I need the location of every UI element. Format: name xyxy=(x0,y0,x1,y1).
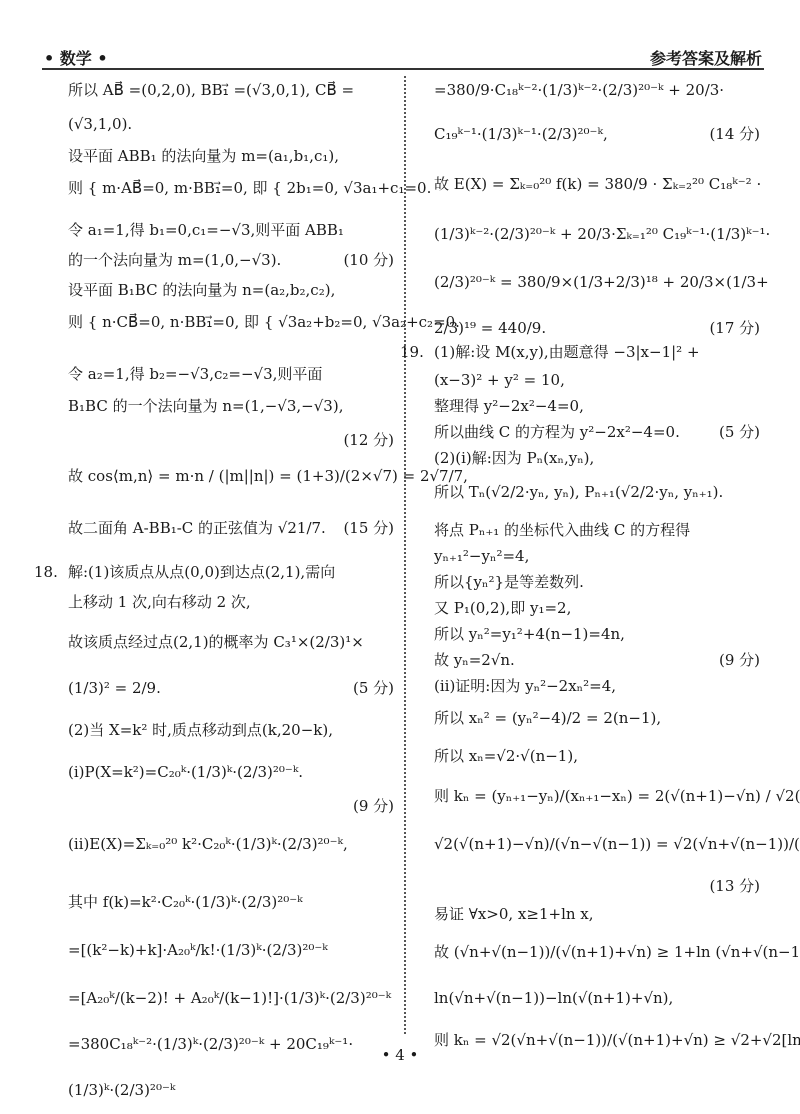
text-line: (ⅰ)P(X=k²)=C₂₀ᵏ·(1/3)ᵏ·(2/3)²⁰⁻ᵏ. xyxy=(68,762,394,782)
text-line: 故二面角 A-BB₁-C 的正弦值为 √21/7.(15 分) xyxy=(68,518,394,538)
text-line: (1/3)ᵏ·(2/3)²⁰⁻ᵏ xyxy=(68,1080,394,1100)
score-label: (5 分) xyxy=(353,678,394,698)
text-line: 19.(1)解:设 M(x,y),由题意得 −3|x−1|² + xyxy=(400,342,726,362)
text-line: 所以 xₙ=√2·√(n−1), xyxy=(434,746,760,766)
text-line: 所以 xₙ² = (yₙ²−4)/2 = 2(n−1), xyxy=(434,708,760,728)
line-text: 令 a₁=1,得 b₁=0,c₁=−√3,则平面 ABB₁ xyxy=(68,220,344,240)
score-label: (5 分) xyxy=(719,422,760,442)
line-text: 所以{yₙ²}是等差数列. xyxy=(434,572,584,592)
line-text: C₁₉ᵏ⁻¹·(1/3)ᵏ⁻¹·(2/3)²⁰⁻ᵏ, xyxy=(434,124,608,144)
line-text: ln(√n+√(n−1))−ln(√(n+1)+√n), xyxy=(434,988,673,1008)
line-text: =[A₂₀ᵏ/(k−2)! + A₂₀ᵏ/(k−1)!]·(1/3)ᵏ·(2/3… xyxy=(68,988,391,1008)
text-line: 2/3)¹⁹ = 440/9.(17 分) xyxy=(434,318,760,338)
text-line: B₁BC 的一个法向量为 n=(1,−√3,−√3), xyxy=(68,396,394,416)
text-line: ln(√n+√(n−1))−ln(√(n+1)+√n), xyxy=(434,988,760,1008)
text-line: 设平面 B₁BC 的法向量为 n=(a₂,b₂,c₂), xyxy=(68,280,394,300)
text-line: (12 分) xyxy=(68,430,394,450)
page-number: • 4 • xyxy=(0,1046,800,1064)
line-text: 设平面 B₁BC 的法向量为 n=(a₂,b₂,c₂), xyxy=(68,280,335,300)
text-line: 故 cos⟨m,n⟩ = m·n / (|m||n|) = (1+3)/(2×√… xyxy=(68,466,394,486)
line-text: √2(√(n+1)−√n)/(√n−√(n−1)) = √2(√n+√(n−1)… xyxy=(434,834,800,854)
score-label: (17 分) xyxy=(709,318,760,338)
text-line: 又 P₁(0,2),即 y₁=2, xyxy=(434,598,760,618)
text-line: (9 分) xyxy=(68,796,394,816)
score-label: (9 分) xyxy=(719,650,760,670)
line-text: (2)(ⅰ)解:因为 Pₙ(xₙ,yₙ), xyxy=(434,448,594,468)
line-text: 将点 Pₙ₊₁ 的坐标代入曲线 C 的方程得 xyxy=(434,520,690,540)
text-line: 故 yₙ=2√n.(9 分) xyxy=(434,650,760,670)
line-text: (ⅱ)证明:因为 yₙ²−2xₙ²=4, xyxy=(434,676,616,696)
text-line: (2/3)²⁰⁻ᵏ = 380/9×(1/3+2/3)¹⁸ + 20/3×(1/… xyxy=(434,272,760,292)
line-text: 的一个法向量为 m=(1,0,−√3). xyxy=(68,250,281,270)
score-label: (12 分) xyxy=(343,430,394,450)
line-text: 故 cos⟨m,n⟩ = m·n / (|m||n|) = (1+3)/(2×√… xyxy=(68,466,468,486)
header-title: 参考答案及解析 xyxy=(650,46,762,69)
line-text: 解:(1)该质点从点(0,0)到达点(2,1),需向 xyxy=(68,562,335,582)
line-text: 所以 xₙ² = (yₙ²−4)/2 = 2(n−1), xyxy=(434,708,661,728)
line-text: (ⅱ)E(X)=Σₖ₌₀²⁰ k²·C₂₀ᵏ·(1/3)ᵏ·(2/3)²⁰⁻ᵏ, xyxy=(68,834,348,854)
line-text: 所以 Tₙ(√2/2·yₙ, yₙ), Pₙ₊₁(√2/2·yₙ, yₙ₊₁). xyxy=(434,482,723,502)
line-text: 其中 f(k)=k²·C₂₀ᵏ·(1/3)ᵏ·(2/3)²⁰⁻ᵏ xyxy=(68,892,303,912)
text-line: 令 a₁=1,得 b₁=0,c₁=−√3,则平面 ABB₁ xyxy=(68,220,394,240)
text-line: (2)(ⅰ)解:因为 Pₙ(xₙ,yₙ), xyxy=(434,448,760,468)
page-header: • 数学 • 参考答案及解析 xyxy=(42,44,764,70)
line-text: (2/3)²⁰⁻ᵏ = 380/9×(1/3+2/3)¹⁸ + 20/3×(1/… xyxy=(434,272,769,292)
question-number: 18. xyxy=(34,562,68,582)
score-label: (9 分) xyxy=(353,796,394,816)
text-line: 整理得 y²−2x²−4=0, xyxy=(434,396,760,416)
text-line: 所以 AB⃗ =(0,2,0), BB₁⃗ =(√3,0,1), CB⃗ = xyxy=(68,80,394,100)
line-text: 整理得 y²−2x²−4=0, xyxy=(434,396,584,416)
line-text: 易证 ∀x>0, x≥1+ln x, xyxy=(434,904,594,924)
line-text: =[(k²−k)+k]·A₂₀ᵏ/k!·(1/3)ᵏ·(2/3)²⁰⁻ᵏ xyxy=(68,940,328,960)
text-line: 故 E(X) = Σₖ₌₀²⁰ f(k) = 380/9 · Σₖ₌₂²⁰ C₁… xyxy=(434,174,760,194)
text-line: √2(√(n+1)−√n)/(√n−√(n−1)) = √2(√n+√(n−1)… xyxy=(434,834,760,854)
text-line: (ⅱ)E(X)=Σₖ₌₀²⁰ k²·C₂₀ᵏ·(1/3)ᵏ·(2/3)²⁰⁻ᵏ, xyxy=(68,834,394,854)
line-text: 所以 AB⃗ =(0,2,0), BB₁⃗ =(√3,0,1), CB⃗ = xyxy=(68,80,354,100)
column-divider xyxy=(404,76,406,1034)
line-text: 上移动 1 次,向右移动 2 次, xyxy=(68,592,251,612)
line-text: (1)解:设 M(x,y),由题意得 −3|x−1|² + xyxy=(434,342,700,362)
line-text: yₙ₊₁²−yₙ²=4, xyxy=(434,546,529,566)
line-text: =380/9·C₁₈ᵏ⁻²·(1/3)ᵏ⁻²·(2/3)²⁰⁻ᵏ + 20/3· xyxy=(434,80,724,100)
question-number: 19. xyxy=(400,342,434,362)
text-line: =380/9·C₁₈ᵏ⁻²·(1/3)ᵏ⁻²·(2/3)²⁰⁻ᵏ + 20/3· xyxy=(434,80,760,100)
text-line: 则 { n·CB⃗=0, n·BB₁⃗=0, 即 { √3a₂+b₂=0, √3… xyxy=(68,312,394,332)
text-line: 令 a₂=1,得 b₂=−√3,c₂=−√3,则平面 xyxy=(68,364,394,384)
text-line: 将点 Pₙ₊₁ 的坐标代入曲线 C 的方程得 xyxy=(434,520,760,540)
text-line: (√3,1,0). xyxy=(68,114,394,134)
line-text: 故该质点经过点(2,1)的概率为 C₃¹×(2/3)¹× xyxy=(68,632,364,652)
text-line: (2)当 X=k² 时,质点移动到点(k,20−k), xyxy=(68,720,394,740)
line-text: (1/3)ᵏ⁻²·(2/3)²⁰⁻ᵏ + 20/3·Σₖ₌₁²⁰ C₁₉ᵏ⁻¹·… xyxy=(434,224,770,244)
text-line: 设平面 ABB₁ 的法向量为 m=(a₁,b₁,c₁), xyxy=(68,146,394,166)
line-text: (1/3)² = 2/9. xyxy=(68,678,161,698)
score-label: (14 分) xyxy=(709,124,760,144)
text-line: (1/3)ᵏ⁻²·(2/3)²⁰⁻ᵏ + 20/3·Σₖ₌₁²⁰ C₁₉ᵏ⁻¹·… xyxy=(434,224,760,244)
line-text: 设平面 ABB₁ 的法向量为 m=(a₁,b₁,c₁), xyxy=(68,146,339,166)
text-line: 所以 yₙ²=y₁²+4(n−1)=4n, xyxy=(434,624,760,644)
text-line: =[A₂₀ᵏ/(k−2)! + A₂₀ᵏ/(k−1)!]·(1/3)ᵏ·(2/3… xyxy=(68,988,394,1008)
text-line: (13 分) xyxy=(434,876,760,896)
text-line: 则 { m·AB⃗=0, m·BB₁⃗=0, 即 { 2b₁=0, √3a₁+c… xyxy=(68,178,394,198)
text-line: 所以 Tₙ(√2/2·yₙ, yₙ), Pₙ₊₁(√2/2·yₙ, yₙ₊₁). xyxy=(434,482,760,502)
score-label: (13 分) xyxy=(709,876,760,896)
text-line: C₁₉ᵏ⁻¹·(1/3)ᵏ⁻¹·(2/3)²⁰⁻ᵏ,(14 分) xyxy=(434,124,760,144)
line-text: 又 P₁(0,2),即 y₁=2, xyxy=(434,598,571,618)
line-text: 所以曲线 C 的方程为 y²−2x²−4=0. xyxy=(434,422,680,442)
line-text: (√3,1,0). xyxy=(68,114,132,134)
line-text: (2)当 X=k² 时,质点移动到点(k,20−k), xyxy=(68,720,333,740)
text-line: 其中 f(k)=k²·C₂₀ᵏ·(1/3)ᵏ·(2/3)²⁰⁻ᵏ xyxy=(68,892,394,912)
score-label: (10 分) xyxy=(343,250,394,270)
line-text: 故 E(X) = Σₖ₌₀²⁰ f(k) = 380/9 · Σₖ₌₂²⁰ C₁… xyxy=(434,174,761,194)
text-line: 故 (√n+√(n−1))/(√(n+1)+√n) ≥ 1+ln (√n+√(n… xyxy=(434,942,760,962)
text-line: (1/3)² = 2/9.(5 分) xyxy=(68,678,394,698)
text-line: 所以曲线 C 的方程为 y²−2x²−4=0.(5 分) xyxy=(434,422,760,442)
score-label: (15 分) xyxy=(343,518,394,538)
text-line: =[(k²−k)+k]·A₂₀ᵏ/k!·(1/3)ᵏ·(2/3)²⁰⁻ᵏ xyxy=(68,940,394,960)
text-line: yₙ₊₁²−yₙ²=4, xyxy=(434,546,760,566)
line-text: 2/3)¹⁹ = 440/9. xyxy=(434,318,546,338)
line-text: 则 { n·CB⃗=0, n·BB₁⃗=0, 即 { √3a₂+b₂=0, √3… xyxy=(68,312,460,332)
subject-label: • 数学 • xyxy=(44,46,108,69)
text-line: 的一个法向量为 m=(1,0,−√3).(10 分) xyxy=(68,250,394,270)
text-line: 易证 ∀x>0, x≥1+ln x, xyxy=(434,904,760,924)
line-text: 则 { m·AB⃗=0, m·BB₁⃗=0, 即 { 2b₁=0, √3a₁+c… xyxy=(68,178,431,198)
line-text: (1/3)ᵏ·(2/3)²⁰⁻ᵏ xyxy=(68,1080,175,1100)
text-line: 故该质点经过点(2,1)的概率为 C₃¹×(2/3)¹× xyxy=(68,632,394,652)
text-line: (ⅱ)证明:因为 yₙ²−2xₙ²=4, xyxy=(434,676,760,696)
text-line: (x−3)² + y² = 10, xyxy=(434,370,760,390)
text-line: 所以{yₙ²}是等差数列. xyxy=(434,572,760,592)
line-text: 故 yₙ=2√n. xyxy=(434,650,515,670)
line-text: 所以 xₙ=√2·√(n−1), xyxy=(434,746,578,766)
text-line: 18.解:(1)该质点从点(0,0)到达点(2,1),需向 xyxy=(34,562,360,582)
line-text: 故二面角 A-BB₁-C 的正弦值为 √21/7. xyxy=(68,518,326,538)
text-line: 上移动 1 次,向右移动 2 次, xyxy=(68,592,394,612)
line-text: 所以 yₙ²=y₁²+4(n−1)=4n, xyxy=(434,624,625,644)
text-line: 则 kₙ = (yₙ₊₁−yₙ)/(xₙ₊₁−xₙ) = 2(√(n+1)−√n… xyxy=(434,786,760,806)
line-text: 故 (√n+√(n−1))/(√(n+1)+√n) ≥ 1+ln (√n+√(n… xyxy=(434,942,800,962)
line-text: (ⅰ)P(X=k²)=C₂₀ᵏ·(1/3)ᵏ·(2/3)²⁰⁻ᵏ. xyxy=(68,762,303,782)
line-text: 令 a₂=1,得 b₂=−√3,c₂=−√3,则平面 xyxy=(68,364,322,384)
line-text: (x−3)² + y² = 10, xyxy=(434,370,565,390)
line-text: 则 kₙ = (yₙ₊₁−yₙ)/(xₙ₊₁−xₙ) = 2(√(n+1)−√n… xyxy=(434,786,800,806)
line-text: B₁BC 的一个法向量为 n=(1,−√3,−√3), xyxy=(68,396,343,416)
